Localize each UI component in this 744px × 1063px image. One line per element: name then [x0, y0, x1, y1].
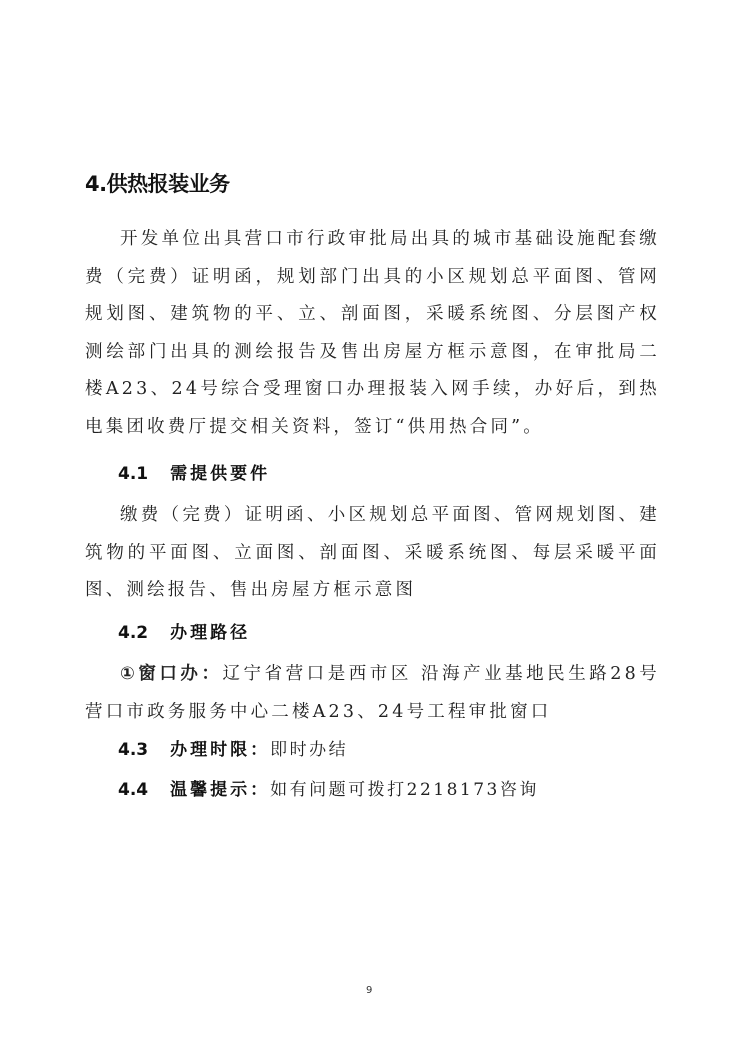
subsection-4-3: 4.3办理时限：即时办结: [118, 738, 348, 762]
subsection-4-1-heading: 4.1需提供要件: [118, 462, 270, 486]
subsection-number: 4.1: [118, 464, 148, 484]
subsection-number: 4.2: [118, 623, 148, 643]
route-paragraph: ①窗口办：辽宁省营口是西市区 沿海产业基地民生路28号营口市政务服务中心二楼A2…: [85, 656, 660, 731]
subsection-number: 4.4: [118, 780, 148, 800]
subsection-4-4: 4.4温馨提示：如有问题可拨打2218173咨询: [118, 778, 539, 802]
document-page: 4.供热报装业务 开发单位出具营口市行政审批局出具的城市基础设施配套缴费（完费）…: [0, 0, 744, 1063]
subsection-number: 4.3: [118, 740, 148, 760]
required-documents-paragraph: 缴费（完费）证明函、小区规划总平面图、管网规划图、建筑物的平面图、立面图、剖面图…: [85, 497, 660, 610]
tip-value: 如有问题可拨打2218173咨询: [270, 780, 539, 800]
subsection-label: 办理路径: [170, 623, 250, 643]
page-number: 9: [366, 985, 372, 996]
route-label: ①窗口办：: [120, 664, 223, 684]
processing-time-value: 即时办结: [270, 740, 348, 760]
section-heading: 4.供热报装业务: [85, 168, 230, 198]
intro-paragraph: 开发单位出具营口市行政审批局出具的城市基础设施配套缴费（完费）证明函，规划部门出…: [85, 221, 660, 446]
subsection-label: 温馨提示：: [170, 780, 270, 800]
subsection-label: 办理时限：: [170, 740, 270, 760]
subsection-4-2-heading: 4.2办理路径: [118, 621, 250, 645]
subsection-label: 需提供要件: [170, 464, 270, 484]
